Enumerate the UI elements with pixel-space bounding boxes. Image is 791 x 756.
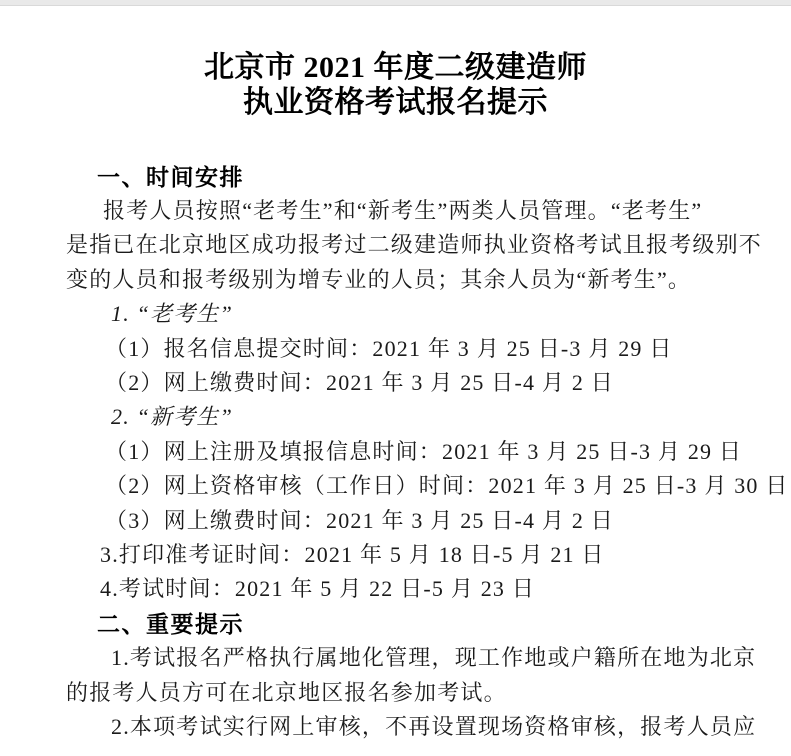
top-divider-bar [0,0,791,6]
item-exam-time: 4.考试时间：2021 年 5 月 22 日-5 月 23 日 [66,571,749,605]
title-line-2: 执业资格考试报名提示 [0,85,791,120]
item-new-register-time: （1）网上注册及填报信息时间：2021 年 3 月 25 日-3 月 29 日 [66,433,749,467]
section-heading-important-notice: 二、重要提示 [66,605,749,639]
document-title: 北京市 2021 年度二级建造师 执业资格考试报名提示 [0,50,791,120]
document-body: 一、时间安排 报考人员按照“老考生”和“新考生”两类人员管理。“老考生” 是指已… [0,158,791,743]
para-management-line-2: 是指已在北京地区成功报考过二级建造师执业资格考试且报考级别不 [66,227,749,261]
item-old-examinee: 1. “老考生” [66,296,749,330]
item-new-examinee: 2. “新考生” [66,399,749,433]
item-old-submit-time: （1）报名信息提交时间：2021 年 3 月 25 日-3 月 29 日 [66,330,749,364]
para-management-line-3: 变的人员和报考级别为增专业的人员；其余人员为“新考生”。 [66,261,749,295]
para-locality-line-1: 1.考试报名严格执行属地化管理，现工作地或户籍所在地为北京 [66,639,749,673]
para-online-review-line-1: 2.本项考试实行网上审核，不再设置现场资格审核，报考人员应 [66,708,749,742]
section-heading-schedule: 一、时间安排 [66,158,749,192]
para-locality-line-2: 的报考人员方可在北京地区报名参加考试。 [66,674,749,708]
item-print-ticket-time: 3.打印准考证时间：2021 年 5 月 18 日-5 月 21 日 [66,536,749,570]
document-page: 北京市 2021 年度二级建造师 执业资格考试报名提示 一、时间安排 报考人员按… [0,0,791,756]
item-old-payment-time: （2）网上缴费时间：2021 年 3 月 25 日-4 月 2 日 [66,364,749,398]
title-line-1: 北京市 2021 年度二级建造师 [0,50,791,85]
item-new-payment-time: （3）网上缴费时间：2021 年 3 月 25 日-4 月 2 日 [66,502,749,536]
item-new-review-time: （2）网上资格审核（工作日）时间：2021 年 3 月 25 日-3 月 30 … [66,468,749,502]
para-management-line-1: 报考人员按照“老考生”和“新考生”两类人员管理。“老考生” [66,192,749,226]
